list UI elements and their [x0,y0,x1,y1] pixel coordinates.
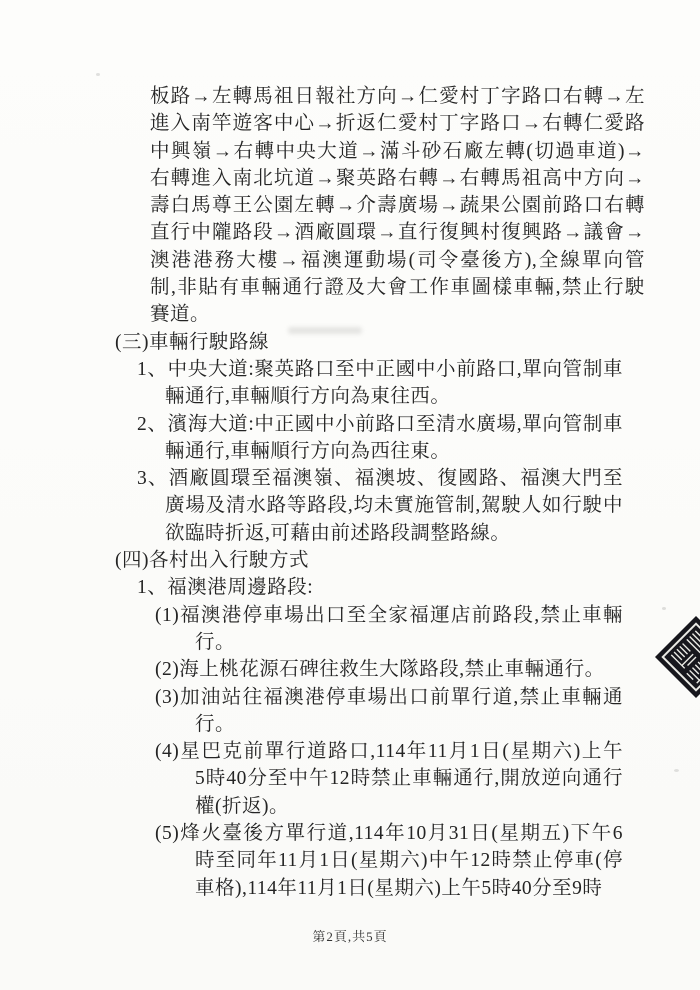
text-line: 3、酒廠圓環至福澳嶺、福澳坡、復國路、福澳大門至清水 [137,465,623,492]
text-line: 制,非貼有車輛通行證及大會工作車圖樣車輛,禁止行駛 [150,274,645,301]
text-line: 行。 [195,629,623,656]
text-line: (三)車輛行駛路線 [115,329,623,356]
text-line: 壽白馬尊王公園左轉→介壽廣場→蔬果公園前路口右轉→ [150,192,645,219]
page-footer: 第2頁,共5頁 [0,926,700,945]
text-line: 欲臨時折返,可藉由前述路段調整路線。 [165,520,623,547]
text-line: 廣場及清水路等路段,均未實施管制,駕駛人如行駛中 [165,492,623,519]
text-line: (2)海上桃花源石碑往救生大隊路段,禁止車輛通行。 [155,656,623,683]
text-line: (4)星巴克前單行道路口,114年11月1日(星期六)上午 [155,738,623,765]
text-line: 2、濱海大道:中正國中小前路口至清水廣場,單向管制車 [137,411,623,438]
text-line: 右轉進入南北坑道→聚英路右轉→右轉馬祖高中方向→介 [150,165,645,192]
text-line: 板路→左轉馬祖日報社方向→仁愛村丁字路口右轉→左轉 [150,83,645,110]
scan-speck [662,607,666,610]
text-line: 賽道。 [150,301,645,328]
text-line: 直行中隴路段→酒廠圓環→直行復興村復興路→議會→福 [150,219,645,246]
scan-speck [674,769,679,772]
text-line: 行。 [195,711,623,738]
text-line: 權(折返)。 [195,793,623,820]
scanned-page: 板路→左轉馬祖日報社方向→仁愛村丁字路口右轉→左轉進入南竿遊客中心→折返仁愛村丁… [0,0,700,990]
document-body: 板路→左轉馬祖日報社方向→仁愛村丁字路口右轉→左轉進入南竿遊客中心→折返仁愛村丁… [0,83,700,902]
text-line: 輛通行,車輛順行方向為西往東。 [165,438,623,465]
text-line: 中興嶺→右轉中央大道→滿斗砂石廠左轉(切過車道)→ [150,138,645,165]
text-line: (四)各村出入行駛方式 [115,547,623,574]
text-line: 車格),114年11月1日(星期六)上午5時40分至9時 [195,875,623,902]
text-line: (5)烽火臺後方單行道,114年10月31日(星期五)下午6 [155,820,623,847]
text-line: 1、福澳港周邊路段: [137,574,623,601]
scan-speck [96,73,100,76]
scan-speck [229,236,232,239]
text-line: 澳港港務大樓→福澳運動場(司令臺後方),全線單向管 [150,247,645,274]
text-line: (1)福澳港停車場出口至全家福運店前路段,禁止車輛通 [155,602,623,629]
text-line: 進入南竿遊客中心→折返仁愛村丁字路口→右轉仁愛路→ [150,110,645,137]
text-line: 時至同年11月1日(星期六)中午12時禁止停車(停 [195,847,623,874]
text-line: 輛通行,車輛順行方向為東往西。 [165,383,623,410]
scan-smudge [288,327,362,334]
text-line: 5時40分至中午12時禁止車輛通行,開放逆向通行路 [195,765,623,792]
text-line: 1、中央大道:聚英路口至中正國中小前路口,單向管制車 [137,356,623,383]
text-line: (3)加油站往福澳港停車場出口前單行道,禁止車輛通 [155,684,623,711]
